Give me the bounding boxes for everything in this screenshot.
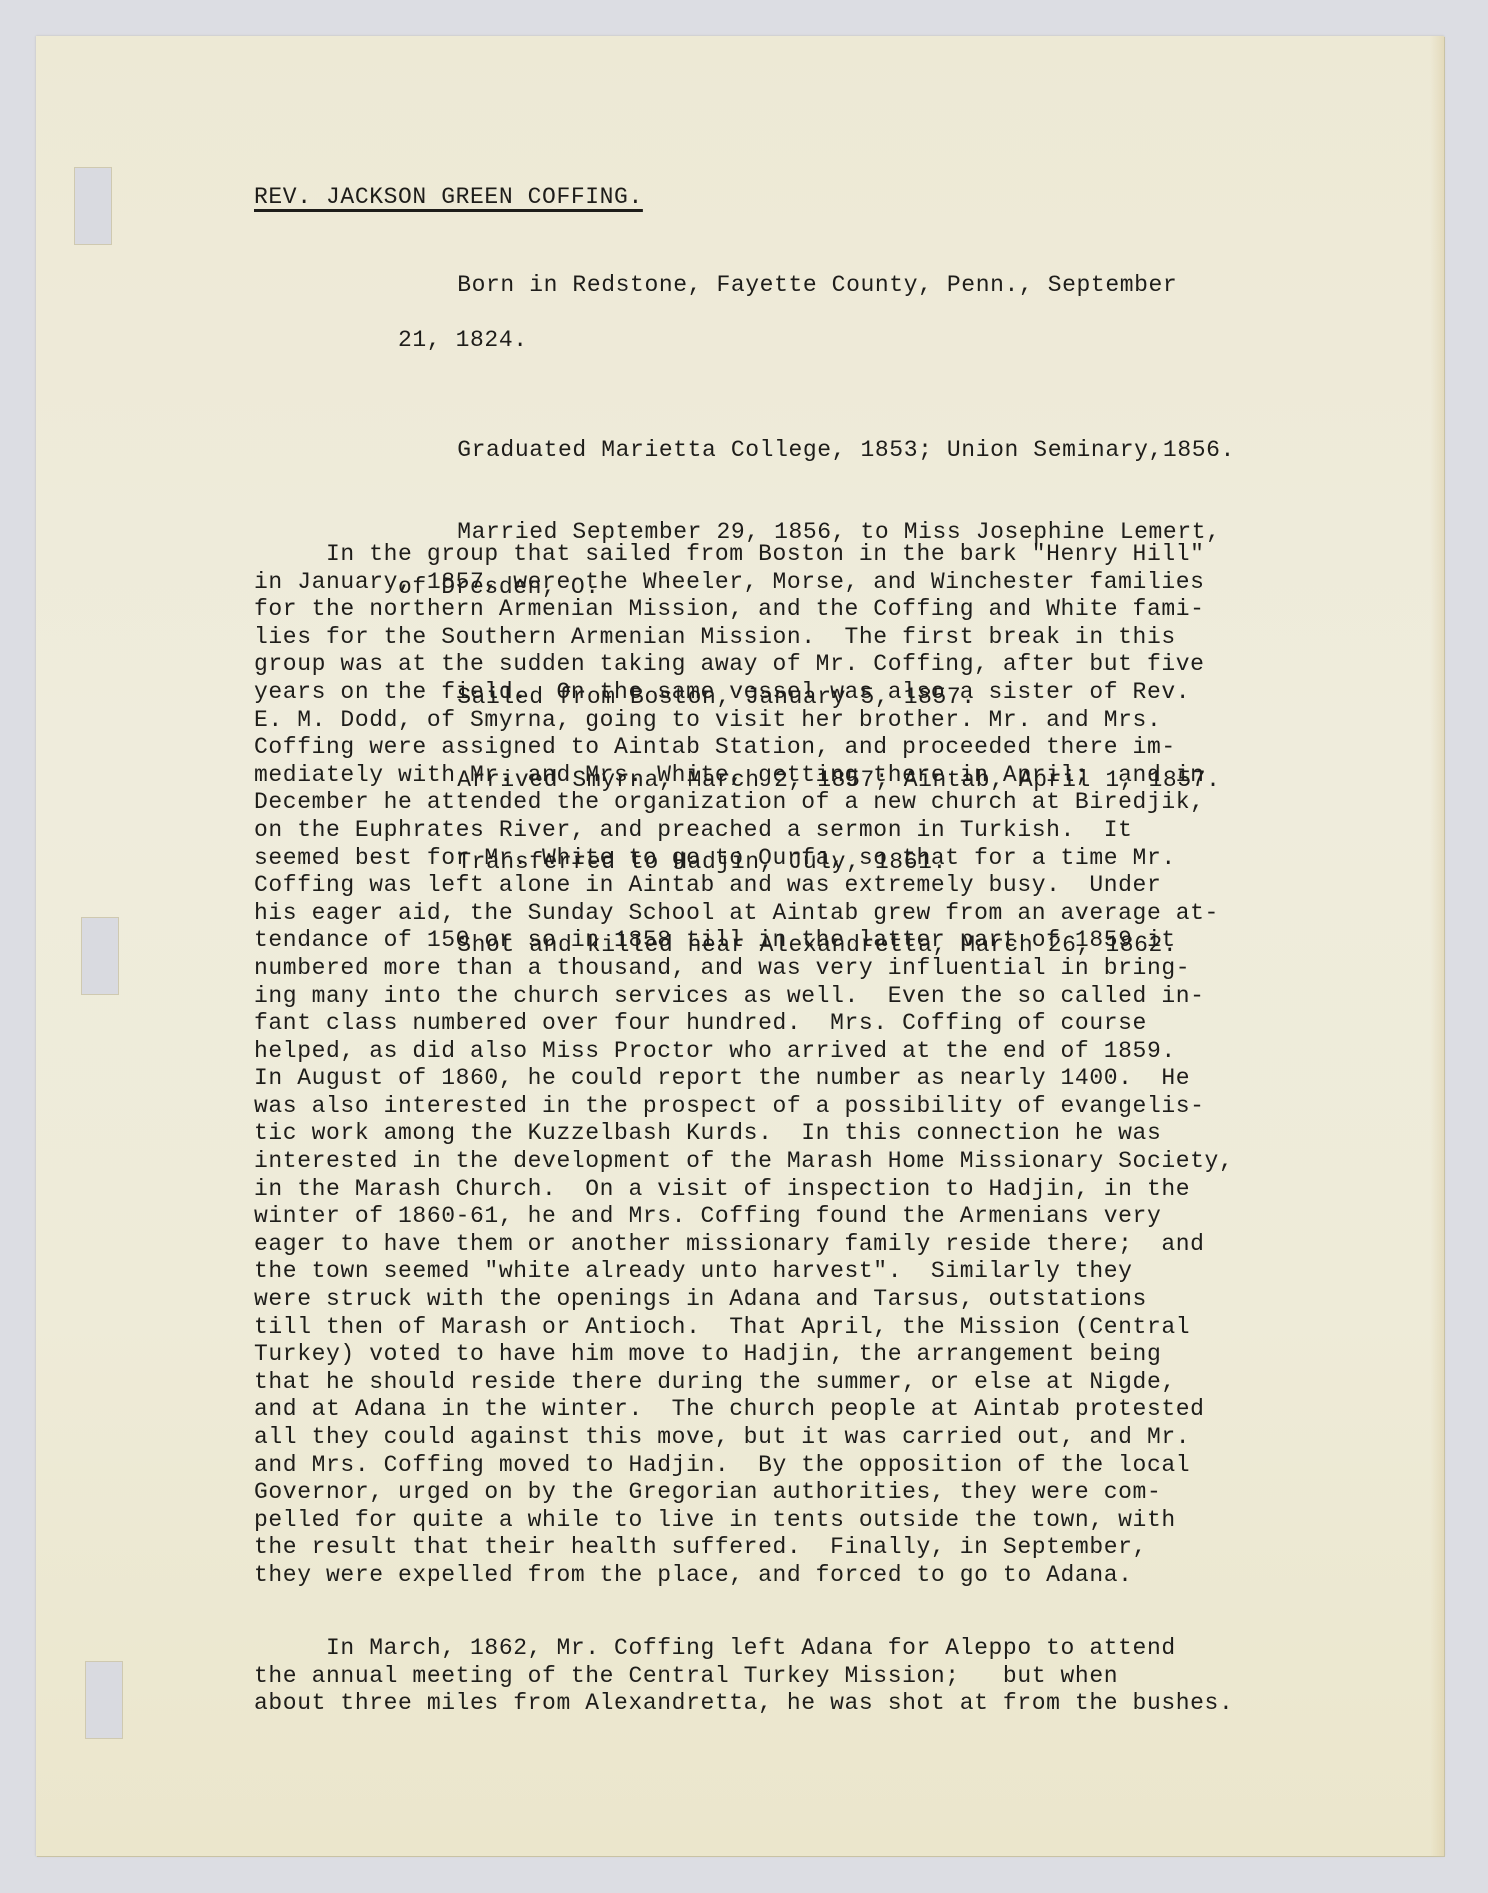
text-line: and at Adana in the winter. The church p… bbox=[254, 1396, 1233, 1424]
page-content: REV. JACKSON GREEN COFFING. Born in Reds… bbox=[36, 36, 1444, 1856]
fact-education: Graduated Marietta College, 1853; Union … bbox=[342, 409, 1235, 492]
text-line: In the group that sailed from Boston in … bbox=[254, 541, 1233, 569]
text-line: Governor, urged on by the Gregorian auth… bbox=[254, 1479, 1233, 1507]
fact-line: Graduated Marietta College, 1853; Union … bbox=[457, 437, 1235, 463]
text-line: mediately with Mr. and Mrs. White, getti… bbox=[254, 762, 1233, 790]
text-line: In March, 1862, Mr. Coffing left Adana f… bbox=[254, 1635, 1233, 1663]
text-line: E. M. Dodd, of Smyrna, going to visit he… bbox=[254, 707, 1233, 735]
text-line: tendance of 150 or so in 1858 till in th… bbox=[254, 927, 1233, 955]
text-line: pelled for quite a while to live in tent… bbox=[254, 1507, 1233, 1535]
text-line: winter of 1860-61, he and Mrs. Coffing f… bbox=[254, 1203, 1233, 1231]
text-line: numbered more than a thousand, and was v… bbox=[254, 955, 1233, 983]
text-line: on the Euphrates River, and preached a s… bbox=[254, 817, 1233, 845]
text-line: that he should reside there during the s… bbox=[254, 1369, 1233, 1397]
text-line: fant class numbered over four hundred. M… bbox=[254, 1010, 1233, 1038]
text-line: all they could against this move, but it… bbox=[254, 1424, 1233, 1452]
text-line: tic work among the Kuzzelbash Kurds. In … bbox=[254, 1120, 1233, 1148]
fact-birth: Born in Redstone, Fayette County, Penn.,… bbox=[342, 244, 1235, 409]
text-line: December he attended the organization of… bbox=[254, 789, 1233, 817]
text-line: in January, 1857, were the Wheeler, Mors… bbox=[254, 569, 1233, 597]
text-line: the result that their health suffered. F… bbox=[254, 1534, 1233, 1562]
body-paragraph-2: In March, 1862, Mr. Coffing left Adana f… bbox=[254, 1635, 1233, 1718]
text-line: lies for the Southern Armenian Mission. … bbox=[254, 624, 1233, 652]
text-line: was also interested in the prospect of a… bbox=[254, 1093, 1233, 1121]
text-line: the town seemed "white already unto harv… bbox=[254, 1258, 1233, 1286]
body-paragraph-1: In the group that sailed from Boston in … bbox=[254, 541, 1233, 1590]
text-line: about three miles from Alexandretta, he … bbox=[254, 1690, 1233, 1718]
text-line: group was at the sudden taking away of M… bbox=[254, 651, 1233, 679]
fact-continuation: 21, 1824. bbox=[342, 327, 1235, 355]
text-line: they were expelled from the place, and f… bbox=[254, 1562, 1233, 1590]
typewritten-page: REV. JACKSON GREEN COFFING. Born in Reds… bbox=[36, 36, 1444, 1856]
text-line: were struck with the openings in Adana a… bbox=[254, 1286, 1233, 1314]
text-line: for the northern Armenian Mission, and t… bbox=[254, 596, 1233, 624]
text-line: ing many into the church services as wel… bbox=[254, 983, 1233, 1011]
text-line: Coffing were assigned to Aintab Station,… bbox=[254, 734, 1233, 762]
fact-line: Born in Redstone, Fayette County, Penn.,… bbox=[457, 272, 1177, 298]
text-line: In August of 1860, he could report the n… bbox=[254, 1065, 1233, 1093]
text-line: in the Marash Church. On a visit of insp… bbox=[254, 1176, 1233, 1204]
text-line: seemed best for Mr. White to go to Ourfa… bbox=[254, 845, 1233, 873]
text-line: years on the field. On the same vessel w… bbox=[254, 679, 1233, 707]
text-line: eager to have them or another missionary… bbox=[254, 1231, 1233, 1259]
page-title: REV. JACKSON GREEN COFFING. bbox=[254, 184, 643, 210]
text-line: and Mrs. Coffing moved to Hadjin. By the… bbox=[254, 1452, 1233, 1480]
text-line: the annual meeting of the Central Turkey… bbox=[254, 1663, 1233, 1691]
text-line: his eager aid, the Sunday School at Aint… bbox=[254, 900, 1233, 928]
text-line: interested in the development of the Mar… bbox=[254, 1148, 1233, 1176]
text-line: till then of Marash or Antioch. That Apr… bbox=[254, 1314, 1233, 1342]
text-line: helped, as did also Miss Proctor who arr… bbox=[254, 1038, 1233, 1066]
text-line: Turkey) voted to have him move to Hadjin… bbox=[254, 1341, 1233, 1369]
text-line: Coffing was left alone in Aintab and was… bbox=[254, 872, 1233, 900]
